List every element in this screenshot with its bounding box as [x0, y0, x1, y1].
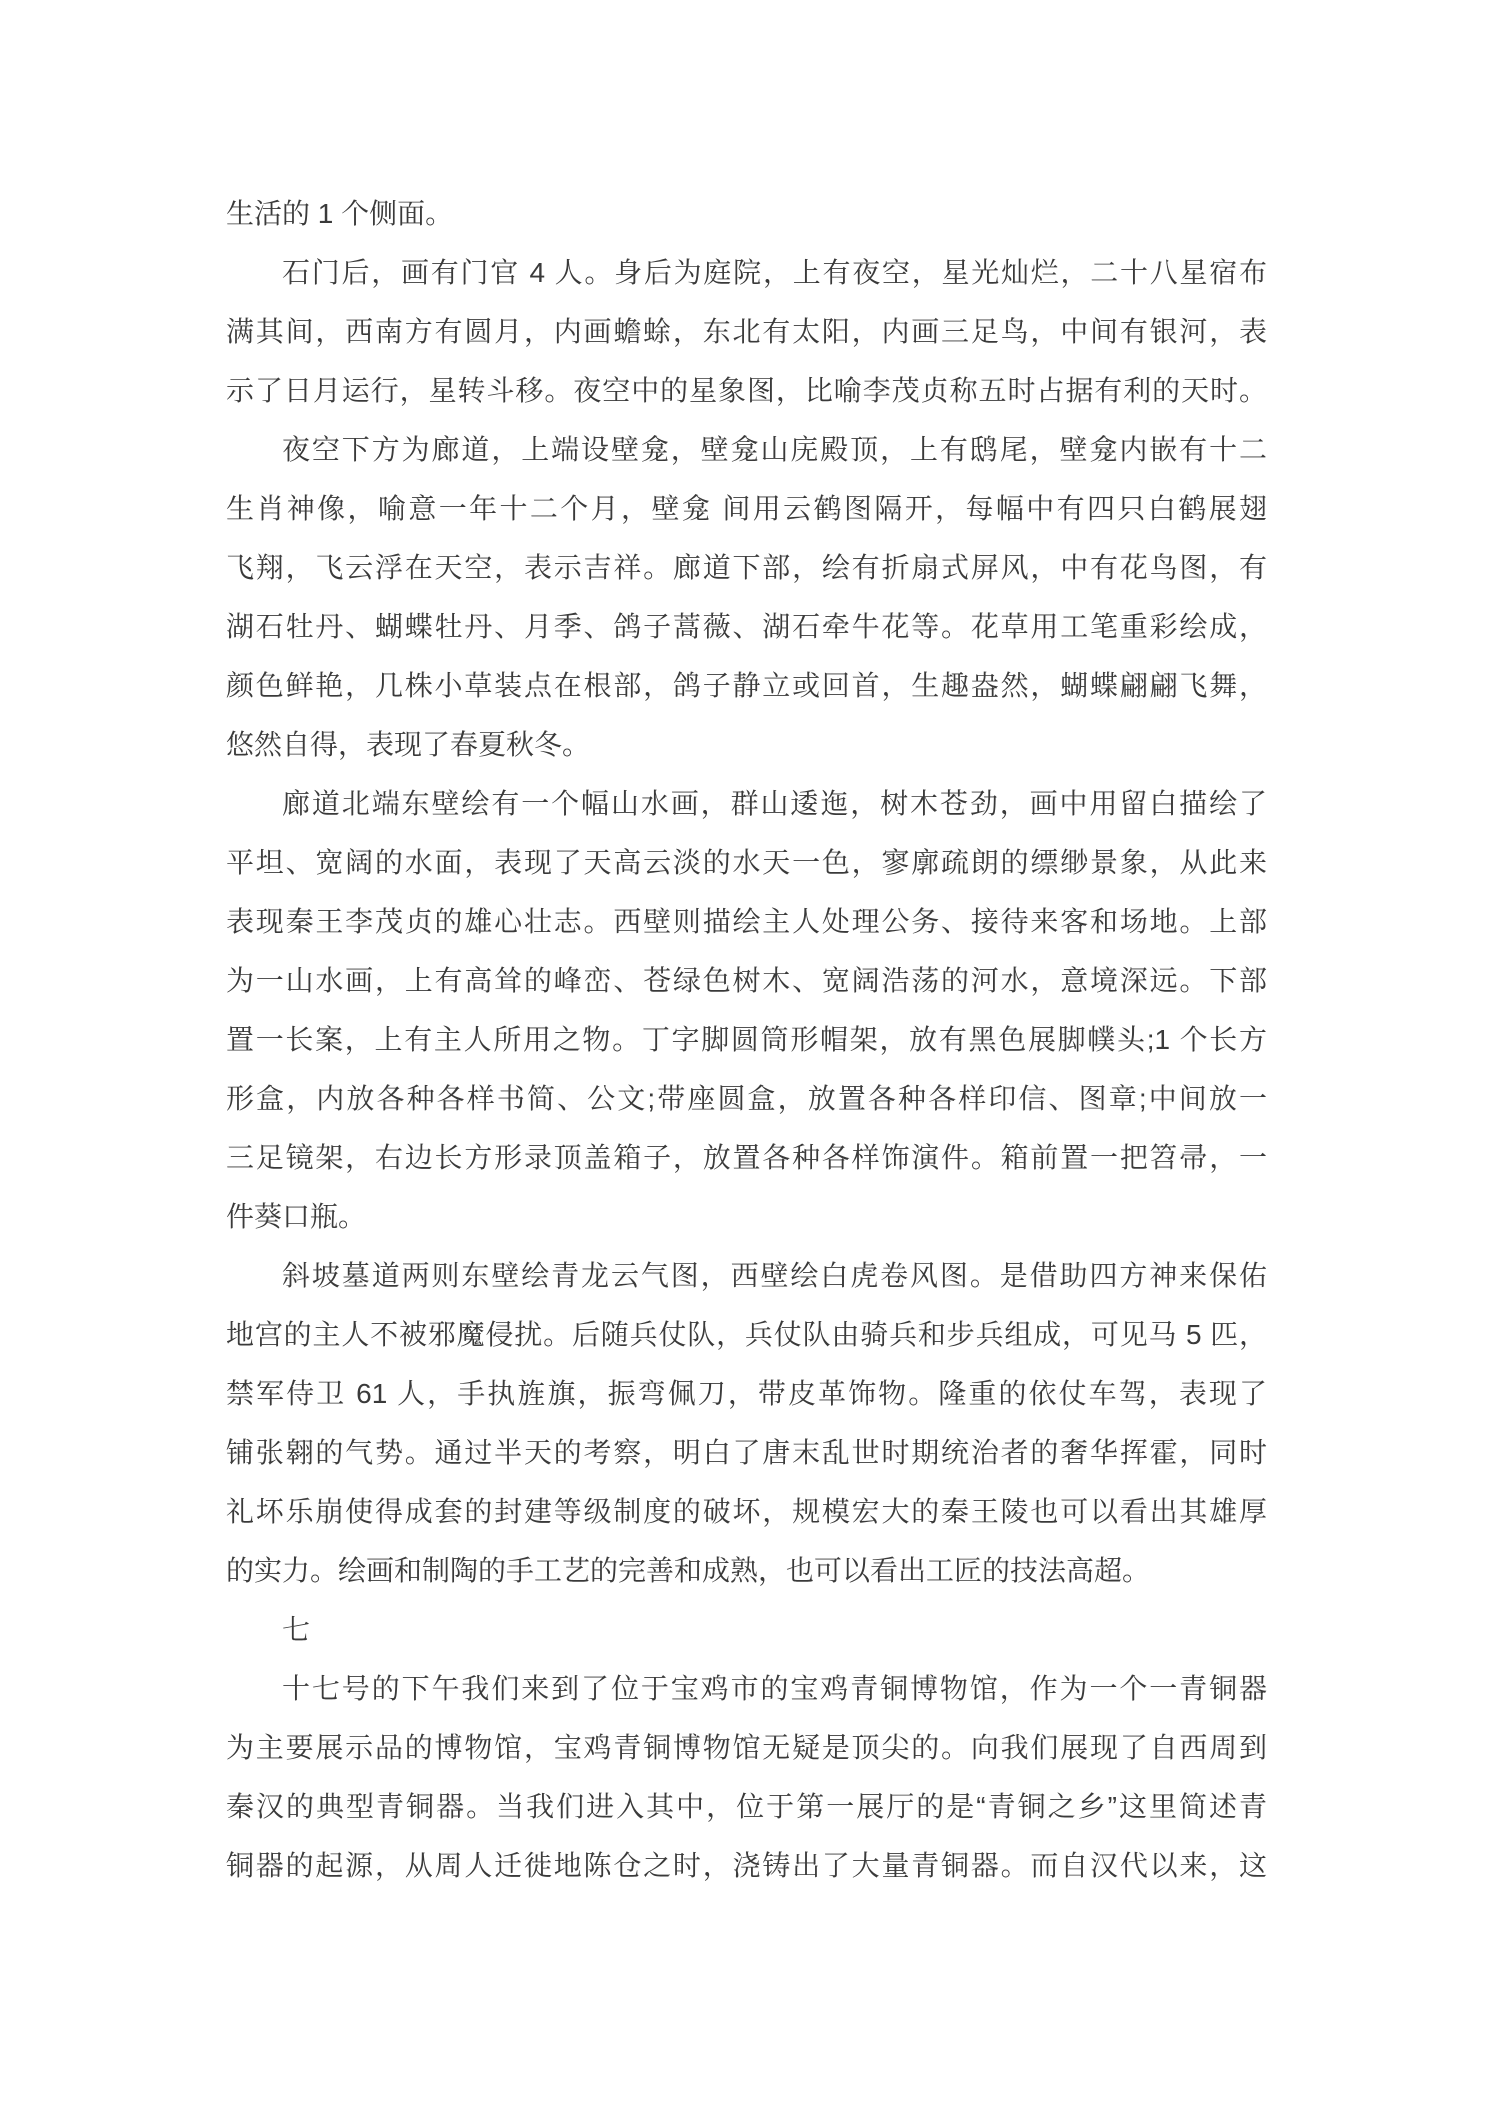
- text-line: 夜空下方为廊道，上端设壁龛，壁龛山庑殿顶，上有鸱尾，壁龛内嵌有十二: [226, 420, 1267, 479]
- text-line: 件葵口瓶。: [226, 1187, 1267, 1246]
- paragraph: 夜空下方为廊道，上端设壁龛，壁龛山庑殿顶，上有鸱尾，壁龛内嵌有十二生肖神像，喻意…: [226, 420, 1267, 774]
- text-line: 的实力。绘画和制陶的手工艺的完善和成熟，也可以看出工匠的技法高超。: [226, 1541, 1267, 1600]
- text-line: 平坦、宽阔的水面，表现了天高云淡的水天一色，寥廓疏朗的缥缈景象，从此来: [226, 833, 1267, 892]
- paragraph: 石门后，画有门官 4 人。身后为庭院，上有夜空，星光灿烂，二十八星宿布满其间，西…: [226, 243, 1267, 420]
- text-line: 形盒，内放各种各样书简、公文;带座圆盒，放置各种各样印信、图章;中间放一: [226, 1069, 1267, 1128]
- text-line: 生肖神像，喻意一年十二个月，壁龛 间用云鹤图隔开，每幅中有四只白鹤展翅: [226, 479, 1267, 538]
- text-line: 飞翔，飞云浮在天空，表示吉祥。廊道下部，绘有折扇式屏风，中有花鸟图，有: [226, 538, 1267, 597]
- document-content: 生活的 1 个侧面。石门后，画有门官 4 人。身后为庭院，上有夜空，星光灿烂，二…: [226, 184, 1267, 1895]
- text-line: 三足镜架，右边长方形录顶盖箱子，放置各种各样饰演件。箱前置一把笤帚，一: [226, 1128, 1267, 1187]
- document-page: 生活的 1 个侧面。石门后，画有门官 4 人。身后为庭院，上有夜空，星光灿烂，二…: [0, 0, 1500, 2113]
- text-line: 铜器的起源，从周人迁徙地陈仓之时，浇铸出了大量青铜器。而自汉代以来，这: [226, 1836, 1267, 1895]
- text-line: 秦汉的典型青铜器。当我们进入其中，位于第一展厅的是“青铜之乡”这里简述青: [226, 1777, 1267, 1836]
- text-line: 置一长案，上有主人所用之物。丁字脚圆筒形帽架，放有黑色展脚幞头;1 个长方: [226, 1010, 1267, 1069]
- text-line: 为一山水画，上有高耸的峰峦、苍绿色树木、宽阔浩荡的河水，意境深远。下部: [226, 951, 1267, 1010]
- paragraph: 生活的 1 个侧面。: [226, 184, 1267, 243]
- text-line: 十七号的下午我们来到了位于宝鸡市的宝鸡青铜博物馆，作为一个一青铜器: [226, 1659, 1267, 1718]
- paragraph: 十七号的下午我们来到了位于宝鸡市的宝鸡青铜博物馆，作为一个一青铜器为主要展示品的…: [226, 1659, 1267, 1895]
- section-heading: 七: [226, 1600, 1267, 1659]
- text-line: 七: [226, 1600, 1267, 1659]
- text-line: 斜坡墓道两则东壁绘青龙云气图，西壁绘白虎卷风图。是借助四方神来保佑: [226, 1246, 1267, 1305]
- text-line: 地宫的主人不被邪魔侵扰。后随兵仗队，兵仗队由骑兵和步兵组成，可见马 5 匹，: [226, 1305, 1267, 1364]
- text-line: 示了日月运行，星转斗移。夜空中的星象图，比喻李茂贞称五时占据有利的天时。: [226, 361, 1267, 420]
- text-line: 生活的 1 个侧面。: [226, 184, 1267, 243]
- text-line: 悠然自得，表现了春夏秋冬。: [226, 715, 1267, 774]
- text-line: 石门后，画有门官 4 人。身后为庭院，上有夜空，星光灿烂，二十八星宿布: [226, 243, 1267, 302]
- paragraph: 廊道北端东壁绘有一个幅山水画，群山逶迤，树木苍劲，画中用留白描绘了平坦、宽阔的水…: [226, 774, 1267, 1246]
- text-line: 铺张翱的气势。通过半天的考察，明白了唐末乱世时期统治者的奢华挥霍，同时: [226, 1423, 1267, 1482]
- text-line: 颜色鲜艳，几株小草装点在根部，鸽子静立或回首，生趣盎然，蝴蝶翩翩飞舞，: [226, 656, 1267, 715]
- text-line: 为主要展示品的博物馆，宝鸡青铜博物馆无疑是顶尖的。向我们展现了自西周到: [226, 1718, 1267, 1777]
- text-line: 礼坏乐崩使得成套的封建等级制度的破坏，规模宏大的秦王陵也可以看出其雄厚: [226, 1482, 1267, 1541]
- text-line: 禁军侍卫 61 人，手执旌旗，振弯佩刀，带皮革饰物。隆重的依仗车驾，表现了: [226, 1364, 1267, 1423]
- text-line: 廊道北端东壁绘有一个幅山水画，群山逶迤，树木苍劲，画中用留白描绘了: [226, 774, 1267, 833]
- text-line: 湖石牡丹、蝴蝶牡丹、月季、鸽子蒿薇、湖石牵牛花等。花草用工笔重彩绘成，: [226, 597, 1267, 656]
- paragraph: 斜坡墓道两则东壁绘青龙云气图，西壁绘白虎卷风图。是借助四方神来保佑地宫的主人不被…: [226, 1246, 1267, 1600]
- text-line: 满其间，西南方有圆月，内画蟾蜍，东北有太阳，内画三足鸟，中间有银河，表: [226, 302, 1267, 361]
- text-line: 表现秦王李茂贞的雄心壮志。西壁则描绘主人处理公务、接待来客和场地。上部: [226, 892, 1267, 951]
